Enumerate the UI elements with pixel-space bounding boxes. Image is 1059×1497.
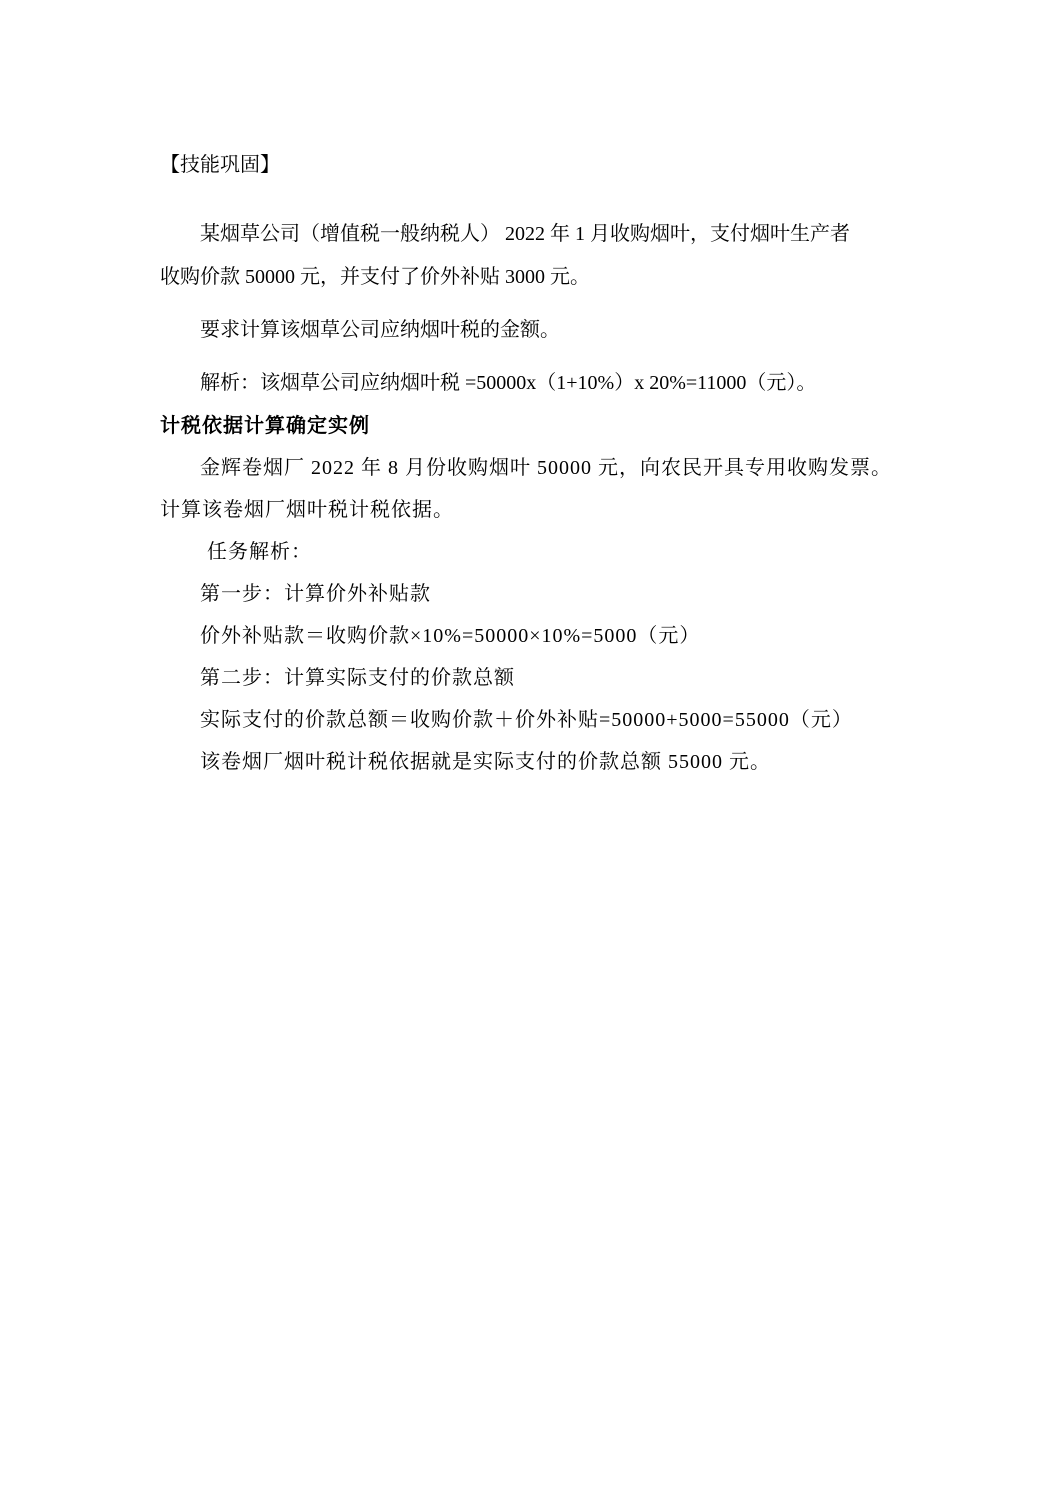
skill-section: 【技能巩固】 某烟草公司（增值税一般纳税人） 2022 年 1 月收购烟叶，支付… bbox=[160, 150, 901, 405]
step2-title-line: 第二步：计算实际支付的价款总额 bbox=[160, 657, 901, 699]
step1-formula-line: 价外补贴款＝收购价款×10%=50000×10%=5000（元） bbox=[160, 615, 901, 657]
step2-formula-line: 实际支付的价款总额＝收购价款＋价外补贴=50000+5000=55000（元） bbox=[160, 699, 901, 741]
case-intro-line-2: 收购价款 50000 元，并支付了价外补贴 3000 元。 bbox=[160, 256, 901, 299]
example-section: 计税依据计算确定实例 金辉卷烟厂 2022 年 8 月份收购烟叶 50000 元… bbox=[160, 405, 901, 783]
skill-section-heading: 【技能巩固】 bbox=[160, 150, 901, 180]
example-case-line-1: 金辉卷烟厂 2022 年 8 月份收购烟叶 50000 元，向农民开具专用收购发… bbox=[160, 447, 901, 489]
step1-title-line: 第一步：计算价外补贴款 bbox=[160, 573, 901, 615]
case-intro-line-1: 某烟草公司（增值税一般纳税人） 2022 年 1 月收购烟叶，支付烟叶生产者 bbox=[160, 213, 901, 256]
requirement-line: 要求计算该烟草公司应纳烟叶税的金额。 bbox=[160, 309, 901, 352]
document-page: 【技能巩固】 某烟草公司（增值税一般纳税人） 2022 年 1 月收购烟叶，支付… bbox=[0, 0, 1059, 1497]
analysis-line: 解析：该烟草公司应纳烟叶税 =50000x（1+10%）x 20%=11000（… bbox=[160, 362, 901, 405]
example-section-heading: 计税依据计算确定实例 bbox=[160, 405, 901, 447]
document-content: 【技能巩固】 某烟草公司（增值税一般纳税人） 2022 年 1 月收购烟叶，支付… bbox=[0, 0, 1059, 783]
conclusion-line: 该卷烟厂烟叶税计税依据就是实际支付的价款总额 55000 元。 bbox=[160, 741, 901, 783]
example-case-line-2: 计算该卷烟厂烟叶税计税依据。 bbox=[160, 489, 901, 531]
task-analysis-label: 任务解析： bbox=[160, 531, 901, 573]
